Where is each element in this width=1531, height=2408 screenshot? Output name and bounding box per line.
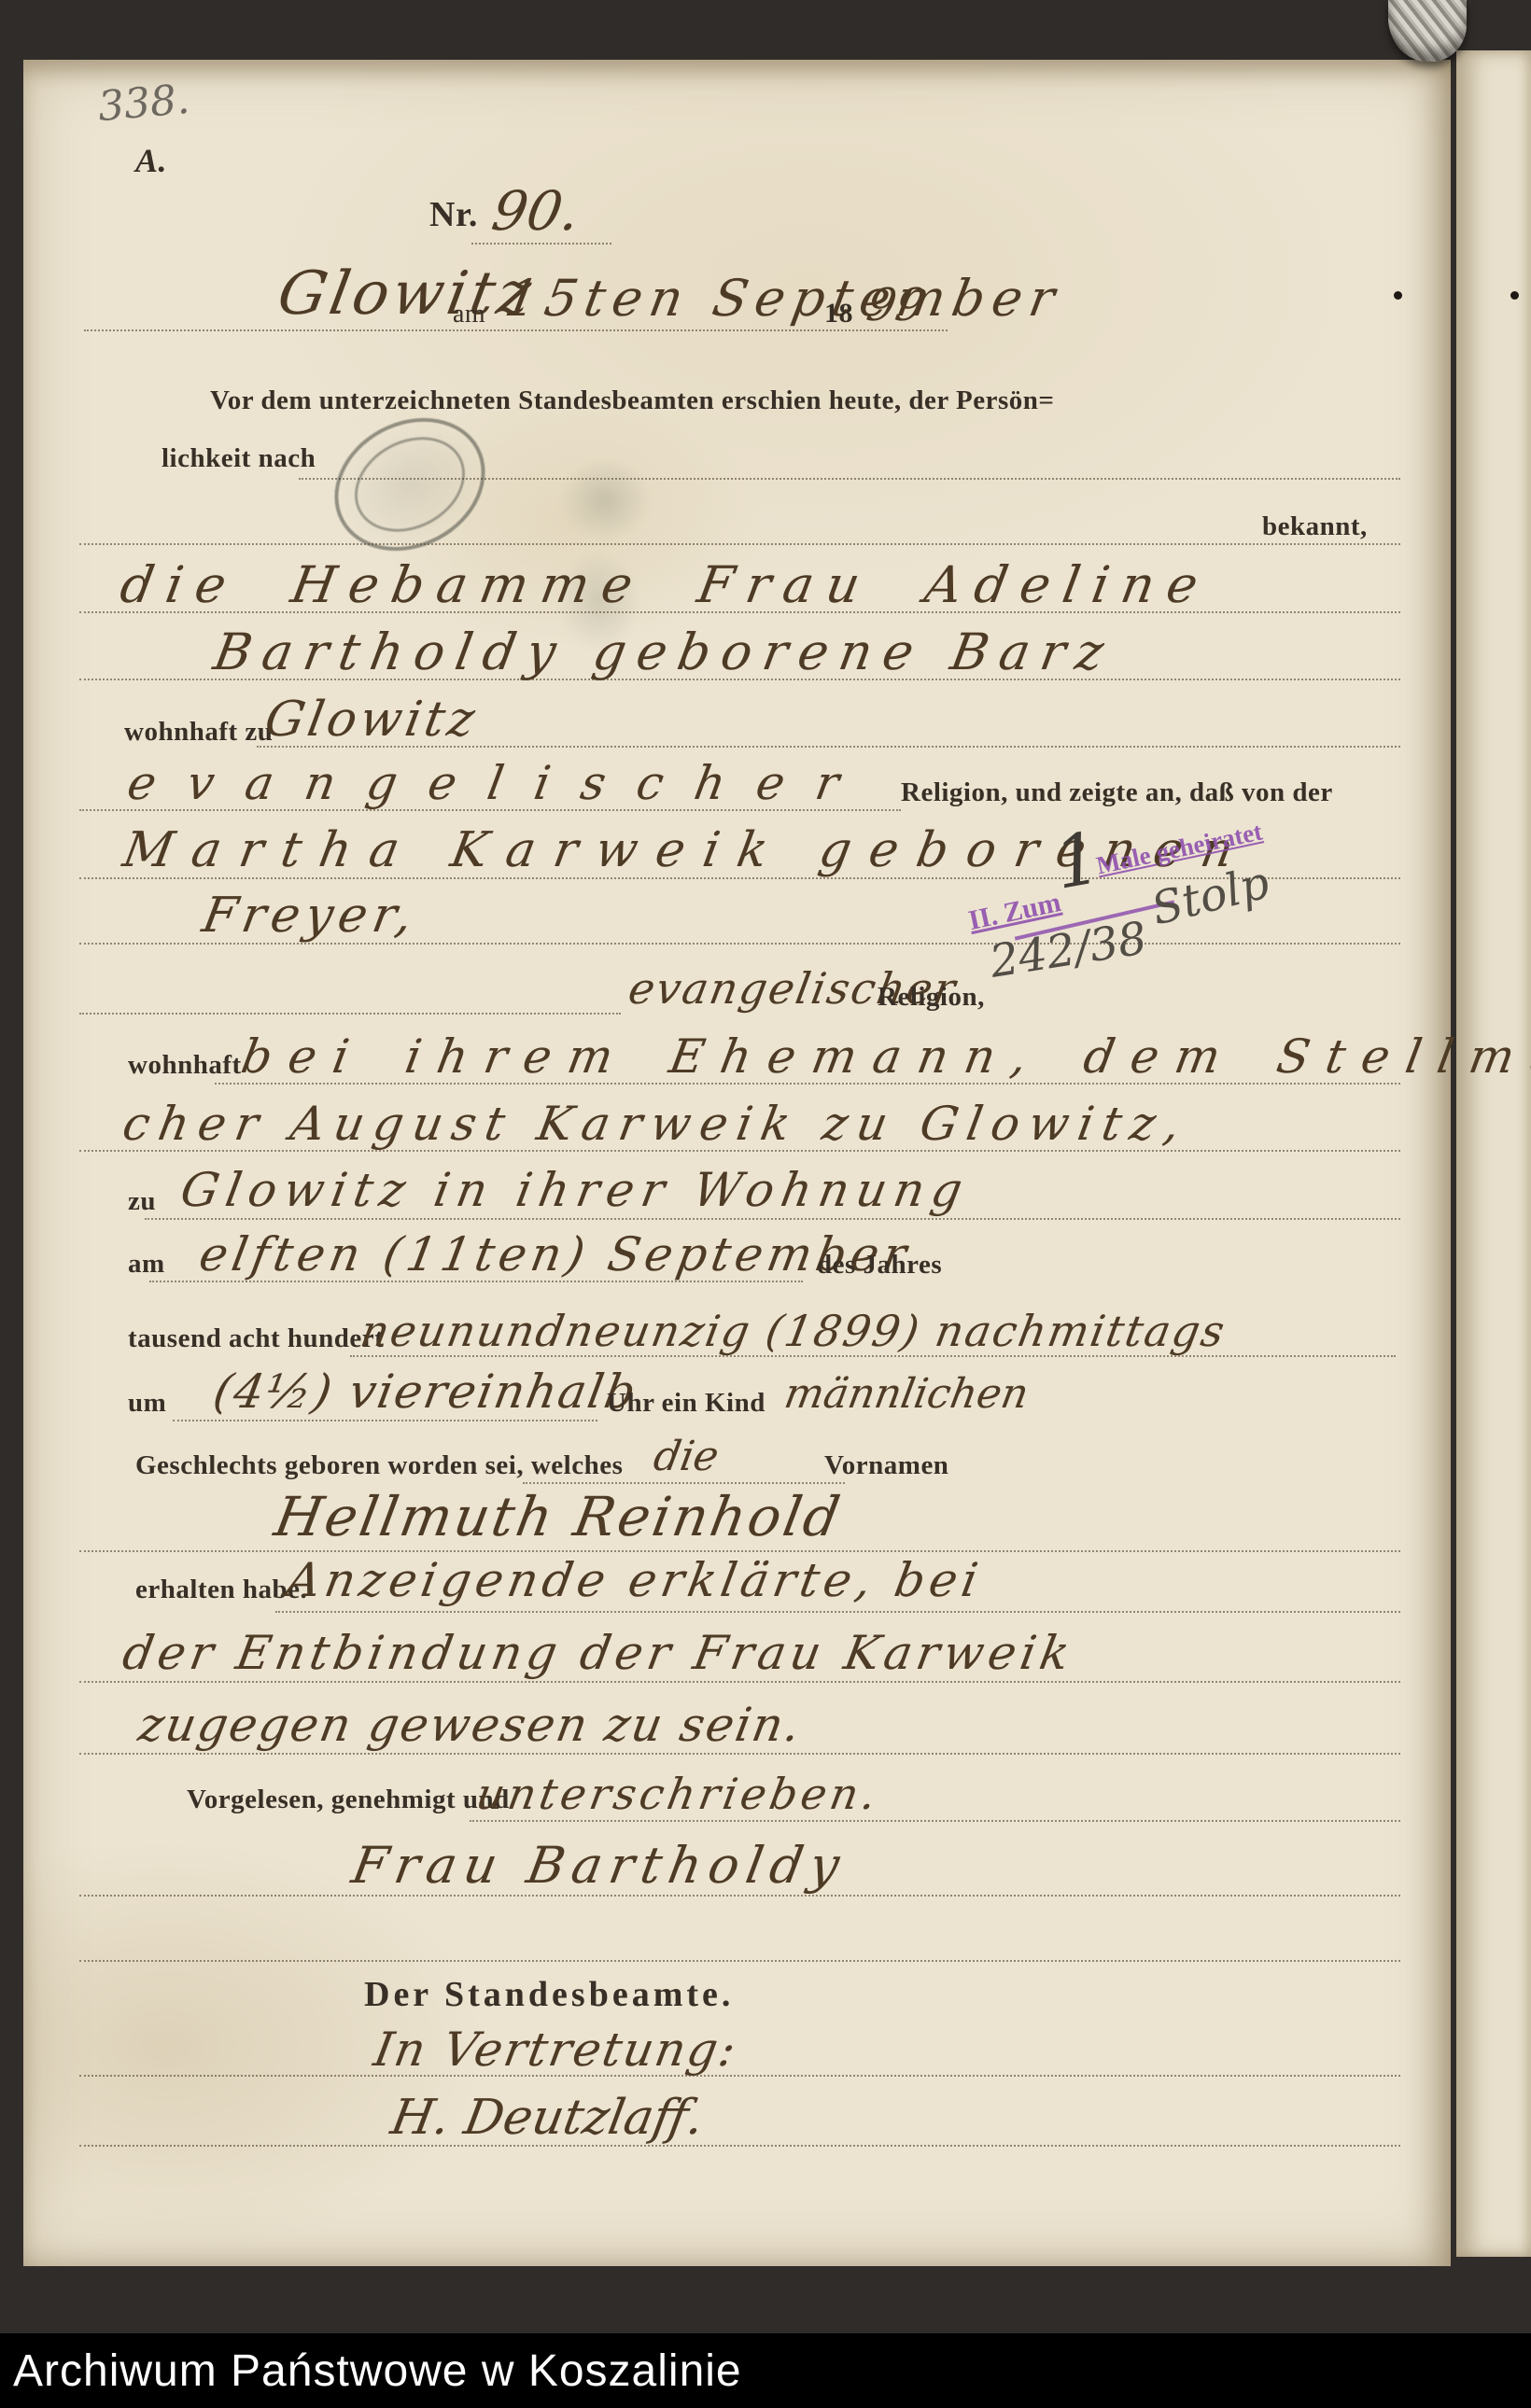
sex-line-label: Geschlechts geboren worden sei, welches bbox=[135, 1452, 623, 1479]
record-number-label: Nr. bbox=[429, 197, 478, 232]
dotted-rule bbox=[79, 1013, 621, 1015]
dotted-rule bbox=[79, 1753, 1400, 1755]
ink-dot bbox=[1510, 291, 1519, 300]
mother-name-line2: Freyer, bbox=[199, 891, 422, 940]
declarant-signature: Frau Bartholdy bbox=[348, 1841, 850, 1891]
dotted-rule bbox=[275, 1611, 1400, 1613]
dotted-rule bbox=[79, 1960, 1400, 1962]
residence-value: Glowitz bbox=[261, 695, 482, 744]
pencil-page-number: 338. bbox=[96, 79, 190, 128]
dotted-rule bbox=[79, 679, 1400, 680]
time-value: (4½) viereinhalb bbox=[210, 1368, 641, 1415]
gender-value: männlichen bbox=[781, 1374, 1032, 1415]
residence2-line2: cher August Karweik zu Glowitz, bbox=[119, 1100, 1193, 1147]
section-letter: A. bbox=[135, 144, 167, 177]
registrar-signature: H. Deutzlaff. bbox=[387, 2093, 708, 2142]
deputy-note: In Vertretung: bbox=[371, 2026, 741, 2073]
thousand-label: tausend acht hundert bbox=[128, 1325, 384, 1352]
archive-caption-bar: Archiwum Państwowe w Koszalinie bbox=[0, 2333, 1531, 2408]
note-line1: Anzeigende erklärte, bei bbox=[283, 1557, 986, 1603]
read-approved-label: Vorgelesen, genehmigt und bbox=[187, 1786, 510, 1813]
date-value: 15ten September bbox=[501, 273, 1066, 324]
archive-caption: Archiwum Państwowe w Koszalinie bbox=[0, 2345, 742, 2397]
dotted-rule bbox=[84, 329, 948, 331]
declarant-line1: die Hebamme Frau Adeline bbox=[117, 560, 1215, 610]
religion1-value: evangelischer bbox=[124, 760, 875, 806]
binding-ribbon bbox=[1388, 0, 1467, 62]
oval-ink-stamp bbox=[311, 392, 508, 576]
year-printed: 18 bbox=[824, 300, 853, 328]
oval-ink-stamp-inner-ring bbox=[338, 418, 482, 550]
known-label: bekannt, bbox=[1262, 513, 1368, 540]
scanned-register-image: 338. A. Nr. 90. Glowitz am 15ten Septemb… bbox=[0, 0, 1531, 2408]
dotted-rule bbox=[149, 1281, 803, 1282]
dotted-rule bbox=[79, 943, 1400, 945]
dotted-rule bbox=[523, 1482, 845, 1484]
dotted-rule bbox=[79, 543, 1400, 545]
place-value: Glowitz bbox=[274, 264, 539, 324]
record-number-value: 90. bbox=[488, 184, 583, 238]
residence2-line1: bei ihrem Ehemann, dem Stellma- bbox=[238, 1033, 1531, 1080]
religion2-suffix: Religion, bbox=[878, 984, 985, 1011]
article-value: die bbox=[651, 1436, 722, 1477]
year-value: 99 bbox=[864, 283, 929, 328]
dotted-rule bbox=[79, 611, 1400, 613]
time-um-label: um bbox=[128, 1390, 166, 1417]
residence2-label: wohnhaft bbox=[128, 1052, 242, 1079]
note-line2: der Entbindung der Frau Karweik bbox=[119, 1630, 1077, 1676]
ink-dot bbox=[1394, 291, 1402, 300]
document-page: 338. A. Nr. 90. Glowitz am 15ten Septemb… bbox=[23, 60, 1451, 2266]
dotted-rule bbox=[79, 809, 901, 811]
birth-day-value: elften (11ten) September bbox=[196, 1231, 915, 1278]
dotted-rule bbox=[79, 1550, 1400, 1552]
form-intro-line1: Vor dem unterzeichneten Standesbeamten e… bbox=[210, 387, 1054, 414]
dotted-rule bbox=[79, 1150, 1400, 1152]
birth-year-value: neunundneunzig (1899) nachmittags bbox=[358, 1309, 1229, 1352]
dotted-rule bbox=[173, 1420, 597, 1421]
birth-am-label: am bbox=[128, 1251, 165, 1278]
given-names-value: Hellmuth Reinhold bbox=[271, 1490, 847, 1544]
dotted-rule bbox=[470, 1820, 1400, 1822]
dotted-rule bbox=[471, 243, 611, 245]
at-label: zu bbox=[128, 1188, 156, 1215]
dotted-rule bbox=[79, 2075, 1400, 2077]
dotted-rule bbox=[79, 2145, 1400, 2147]
residence-label: wohnhaft zu bbox=[124, 719, 273, 746]
dotted-rule bbox=[257, 746, 1400, 748]
dotted-rule bbox=[215, 1083, 1400, 1085]
registrar-label: Der Standesbeamte. bbox=[364, 1977, 734, 2012]
signed-word: unterschrieben. bbox=[473, 1772, 883, 1815]
dotted-rule bbox=[350, 1355, 1396, 1357]
religion1-suffix: Religion, und zeigte an, daß von der bbox=[901, 779, 1333, 806]
adjacent-page-edge bbox=[1456, 50, 1531, 2257]
dotted-rule bbox=[79, 1681, 1400, 1683]
year-of-label: des Jahres bbox=[817, 1252, 942, 1279]
residence3-value: Glowitz in ihrer Wohnung bbox=[177, 1167, 973, 1213]
vornamen-label: Vornamen bbox=[824, 1452, 948, 1479]
am-label: am bbox=[453, 301, 485, 328]
uhr-kind-label: Uhr ein Kind bbox=[607, 1390, 765, 1417]
dotted-rule bbox=[79, 1895, 1400, 1897]
note-line3: zugegen gewesen zu sein. bbox=[135, 1701, 806, 1748]
declarant-line2: Bartholdy geborene Barz bbox=[210, 627, 1118, 678]
dotted-rule bbox=[145, 1218, 1400, 1220]
form-intro-line2: lichkeit nach bbox=[162, 445, 316, 472]
received-label: erhalten habe. bbox=[135, 1576, 307, 1603]
